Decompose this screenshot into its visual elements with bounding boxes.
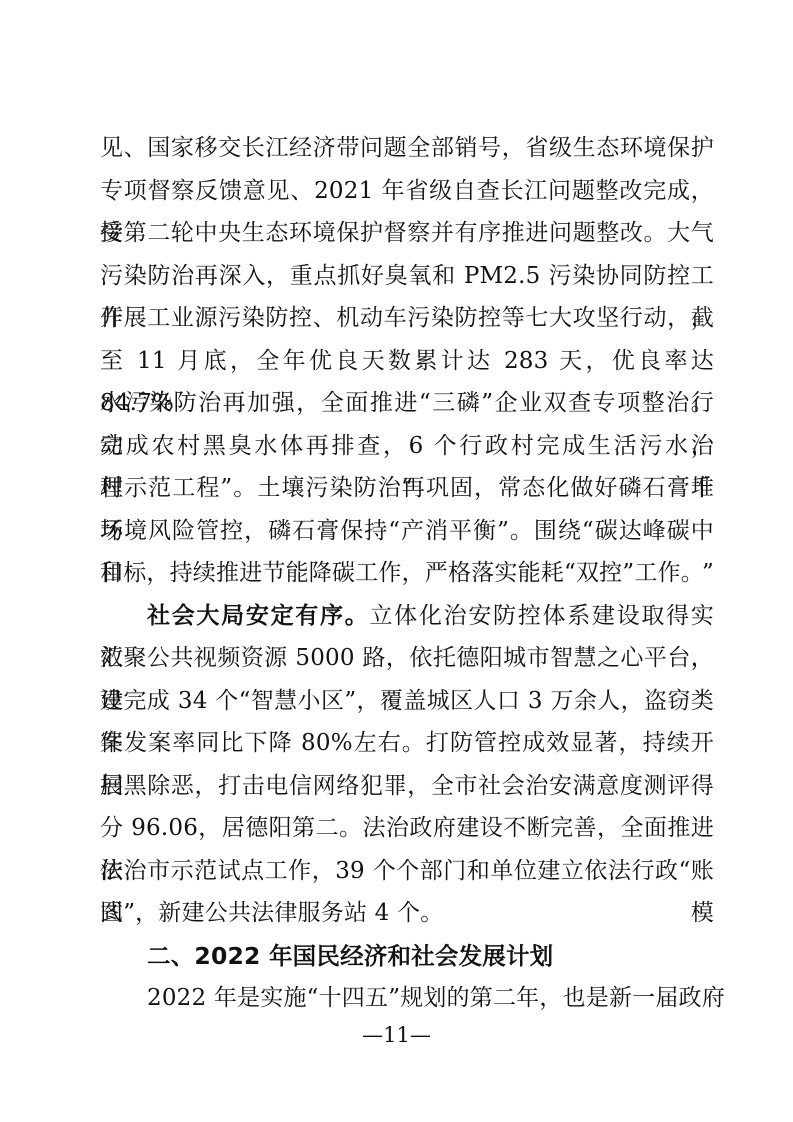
body-line: 设完成 34 个“智慧小区”，覆盖城区人口 3 万余人，盗窃类案 (100, 680, 714, 723)
body-line-paragraph-end: 目标，持续推进节能降碳工作，严格落实能耗“双控”工作。 (100, 552, 714, 595)
body-line: 见、国家移交长江经济带问题全部销号，省级生态环境保护 (100, 127, 714, 170)
section-heading: 二、2022 年国民经济和社会发展计划 (100, 935, 714, 978)
paragraph-lead-line: 社会大局安定有序。立体化治安防控体系建设取得实效， (100, 595, 714, 638)
body-line: 水污染防治再加强，全面推进“三磷”企业双查专项整治行动， (100, 382, 714, 425)
body-line: 村示范工程”。土壤污染防治再巩固，常态化做好磷石膏堆场 (100, 467, 714, 510)
body-line: 至 11 月底，全年优良天数累计达 283 天，优良率达 84.7%。 (100, 340, 714, 383)
body-line: 受第二轮中央生态环境保护督察并有序推进问题整改。大气 (100, 212, 714, 255)
body-line: 完成农村黑臭水体再排查，6 个行政村完成生活污水治理“千 (100, 425, 714, 468)
page-number: —11— (0, 1022, 793, 1048)
body-line: 污染防治再深入，重点抓好臭氧和 PM2.5 污染协同防控工作， (100, 255, 714, 298)
paragraph-lead-bold: 社会大局安定有序。 (147, 603, 369, 629)
body-line: 汇聚公共视频资源 5000 路，依托德阳城市智慧之心平台，建 (100, 637, 714, 680)
body-line-paragraph-start: 2022 年是实施“十四五”规划的第二年，也是新一届政府 (100, 977, 714, 1020)
body-line: 专项督察反馈意见、2021 年省级自查长江问题整改完成，接 (100, 170, 714, 213)
body-line: 开展工业源污染防控、机动车污染防控等七大攻坚行动，截 (100, 297, 714, 340)
document-page: 见、国家移交长江经济带问题全部销号，省级生态环境保护 专项督察反馈意见、2021… (0, 0, 793, 1122)
body-line: 件发案率同比下降 80%左右。打防管控成效显著，持续开展 (100, 722, 714, 765)
body-line: 分 96.06，居德阳第二。法治政府建设不断完善，全面推进依 (100, 807, 714, 850)
body-line: 法治市示范试点工作，39 个个部门和单位建立依法行政“账图模 (100, 850, 714, 893)
document-body: 见、国家移交长江经济带问题全部销号，省级生态环境保护 专项督察反馈意见、2021… (100, 127, 714, 1020)
body-line: 环境风险管控，磷石膏保持“产消平衡”。围绕“碳达峰碳中和” (100, 510, 714, 553)
body-line: 扫黑除恶，打击电信网络犯罪，全市社会治安满意度测评得 (100, 765, 714, 808)
